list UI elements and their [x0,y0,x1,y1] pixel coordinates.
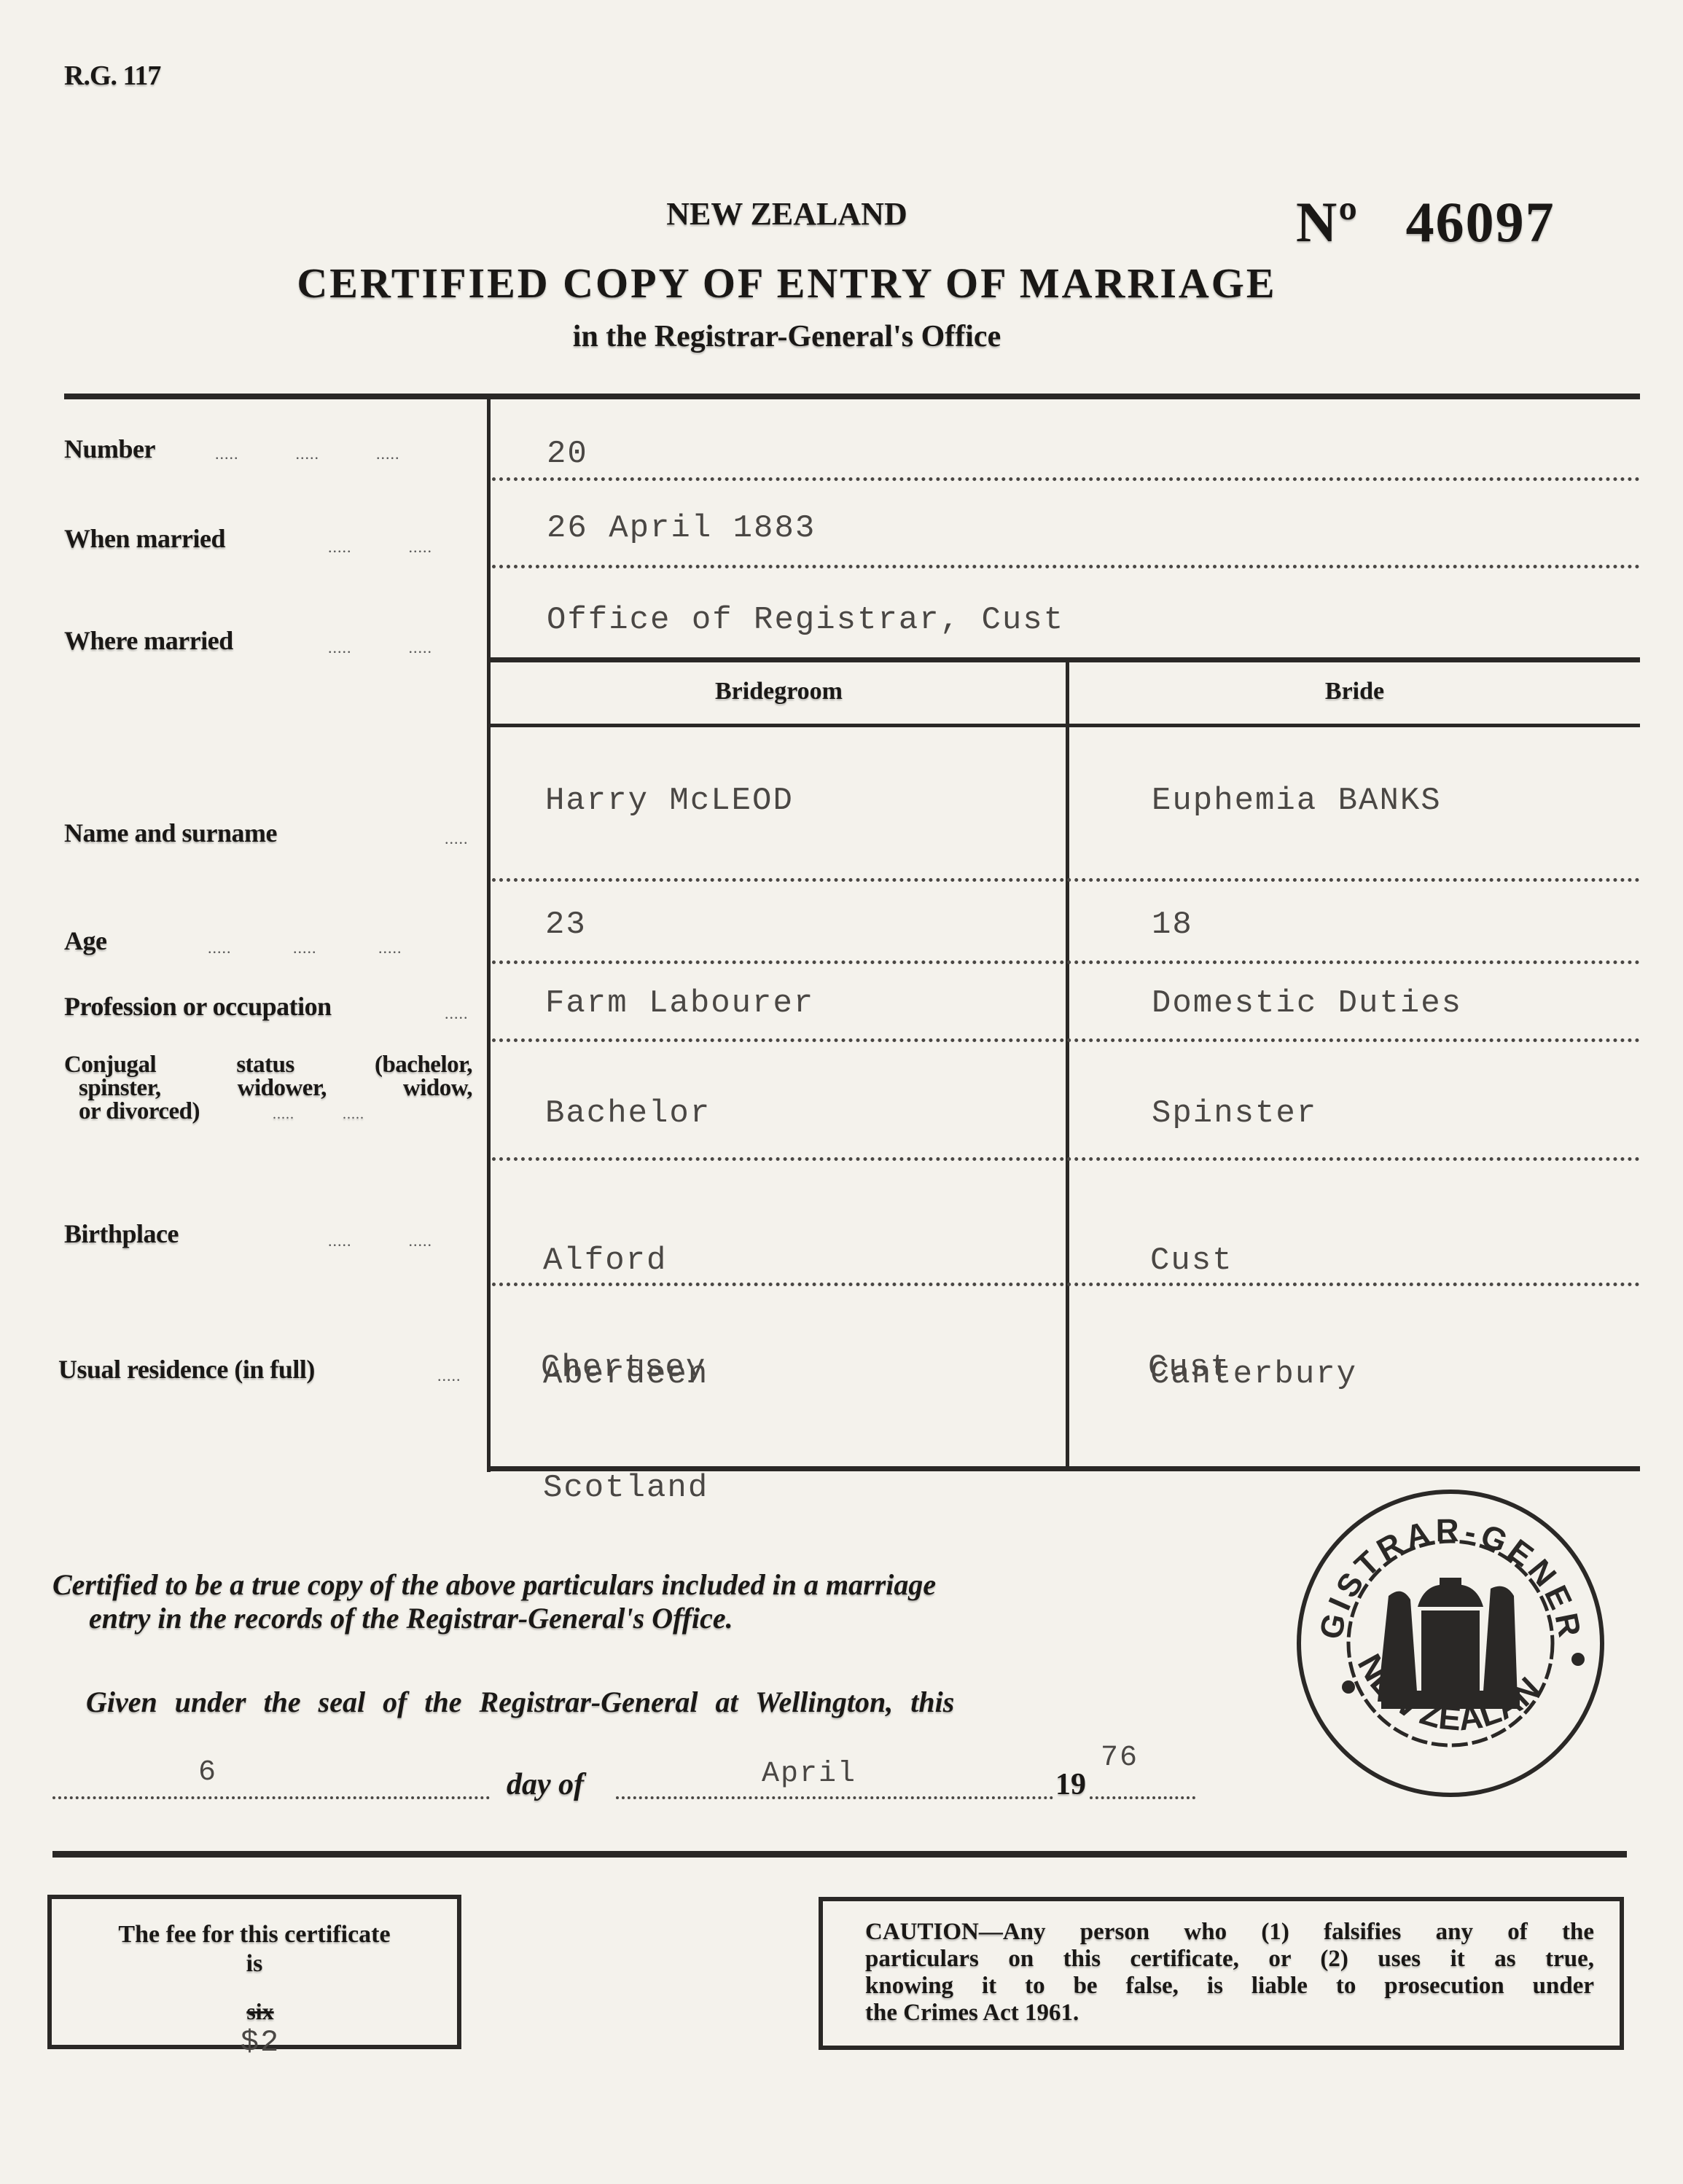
bride-profession: Domestic Duties [1152,985,1462,1022]
issue-year-suffix: 76 [1101,1742,1139,1774]
birthplace-label: Birthplace [64,1218,179,1249]
leader-dots: ..... [445,829,469,848]
bridegroom-residence: Chertsey [541,1350,706,1386]
bridegroom-profession: Farm Labourer [545,985,814,1022]
certification-line1: Certified to be a true copy of the above… [52,1568,936,1602]
leader-dots: ..... [437,1366,461,1385]
party-column-divider [1066,657,1069,1470]
bride-birthplace: Cust Canterbury [1150,1166,1357,1431]
name-label: Name and surname [64,818,277,848]
bride-column-header: Bride [1069,678,1640,705]
when-married-row-rule [492,565,1640,568]
leader-dots: ..... [445,1004,469,1023]
conjugal-status-label: Conjugal status (bachelor, spinster, wid… [64,1053,472,1126]
bridegroom-birthplace-line: Alford [543,1242,708,1280]
caution-line: the Crimes Act 1961. [865,2000,1594,2027]
year-prefix: 19 [1055,1767,1086,1802]
name-row-rule [492,878,1640,882]
fee-box: The fee for this certificate is six $2 [47,1895,461,2049]
label-column-divider [487,394,491,1472]
form-code: R.G. 117 [64,60,160,92]
caution-line: knowing it to be false, is liable to pro… [865,1973,1594,2000]
residence-label: Usual residence (in full) [58,1354,315,1385]
year-line [1090,1796,1195,1799]
serial-number: Nº 46097 [1265,124,1555,255]
header-bottom-rule [487,724,1640,727]
birthplace-row-rule [492,1283,1640,1286]
country-heading: NEW ZEALAND [0,195,1683,232]
fee-struck-text: six [246,1998,273,2024]
fee-value: $2 [241,2025,280,2060]
caution-line: CAUTION—Any person who (1) falsifies any… [865,1919,1594,1946]
profession-row-rule [492,1038,1640,1042]
document-subtitle: in the Registrar-General's Office [0,319,1683,354]
where-married-label: Where married [64,625,233,656]
caution-text: CAUTION—Any person who (1) falsifies any… [865,1919,1594,2027]
leader-dots: ..... ..... [328,1232,432,1250]
table-top-rule [64,394,1640,399]
profession-label: Profession or occupation [64,991,332,1022]
day-line [52,1796,490,1799]
when-married-label: When married [64,523,225,554]
given-under-seal: Given under the seal of the Registrar-Ge… [86,1685,954,1719]
bride-conjugal-status: Spinster [1152,1095,1317,1132]
bridegroom-conjugal-status: Bachelor [545,1095,711,1132]
age-label: Age [64,925,106,956]
fee-label: The fee for this certificate [52,1921,457,1949]
bridegroom-column-header: Bridegroom [492,678,1066,705]
leader-dots: ..... ..... ..... [208,939,402,958]
document-title: CERTIFIED COPY OF ENTRY OF MARRIAGE [0,259,1683,308]
seal-icon: REGISTRAR-GENERAL NEW ZEALAND [1272,1468,1629,1818]
bride-residence: Cust [1148,1350,1231,1386]
month-line [616,1796,1053,1799]
footer-divider [52,1851,1627,1858]
caution-box: CAUTION—Any person who (1) falsifies any… [819,1897,1624,2050]
leader-dots: ..... ..... [328,538,432,557]
day-of-label: day of [507,1767,584,1802]
issue-day: 6 [198,1756,217,1789]
conjugal-label-line3: or divorced)..... ..... [64,1100,472,1126]
leader-dots: ..... ..... ..... [215,445,477,463]
conjugal-label-line1: Conjugal status (bachelor, [64,1053,472,1076]
bridegroom-birthplace-line: Scotland [543,1469,708,1507]
conjugal-row-rule [492,1157,1640,1161]
certification-line2: entry in the records of the Registrar-Ge… [52,1602,936,1635]
where-married-value: Office of Registrar, Cust [547,602,1064,638]
issue-month: April [762,1758,856,1790]
number-value: 20 [547,436,588,472]
bridegroom-name: Harry McLEOD [545,783,794,819]
number-row-rule [492,477,1640,481]
leader-dots: ..... ..... [328,638,432,657]
bride-age: 18 [1152,907,1193,943]
bride-birthplace-line: Cust [1150,1242,1357,1280]
number-label: Number [64,434,155,464]
bride-name: Euphemia BANKS [1152,783,1442,819]
bridegroom-age: 23 [545,907,587,943]
age-row-rule [492,960,1640,964]
caution-line: particulars on this certificate, or (2) … [865,1946,1594,1973]
conjugal-label-line2: spinster, widower, widow, [64,1076,472,1100]
when-married-value: 26 April 1883 [547,510,816,547]
certification-statement: Certified to be a true copy of the above… [52,1568,936,1635]
header-top-rule [487,657,1640,662]
fee-is: is [52,1950,457,1978]
registrar-general-seal: REGISTRAR-GENERAL NEW ZEALAND [1272,1468,1629,1818]
fee-amount: six $2 [52,1985,457,2073]
